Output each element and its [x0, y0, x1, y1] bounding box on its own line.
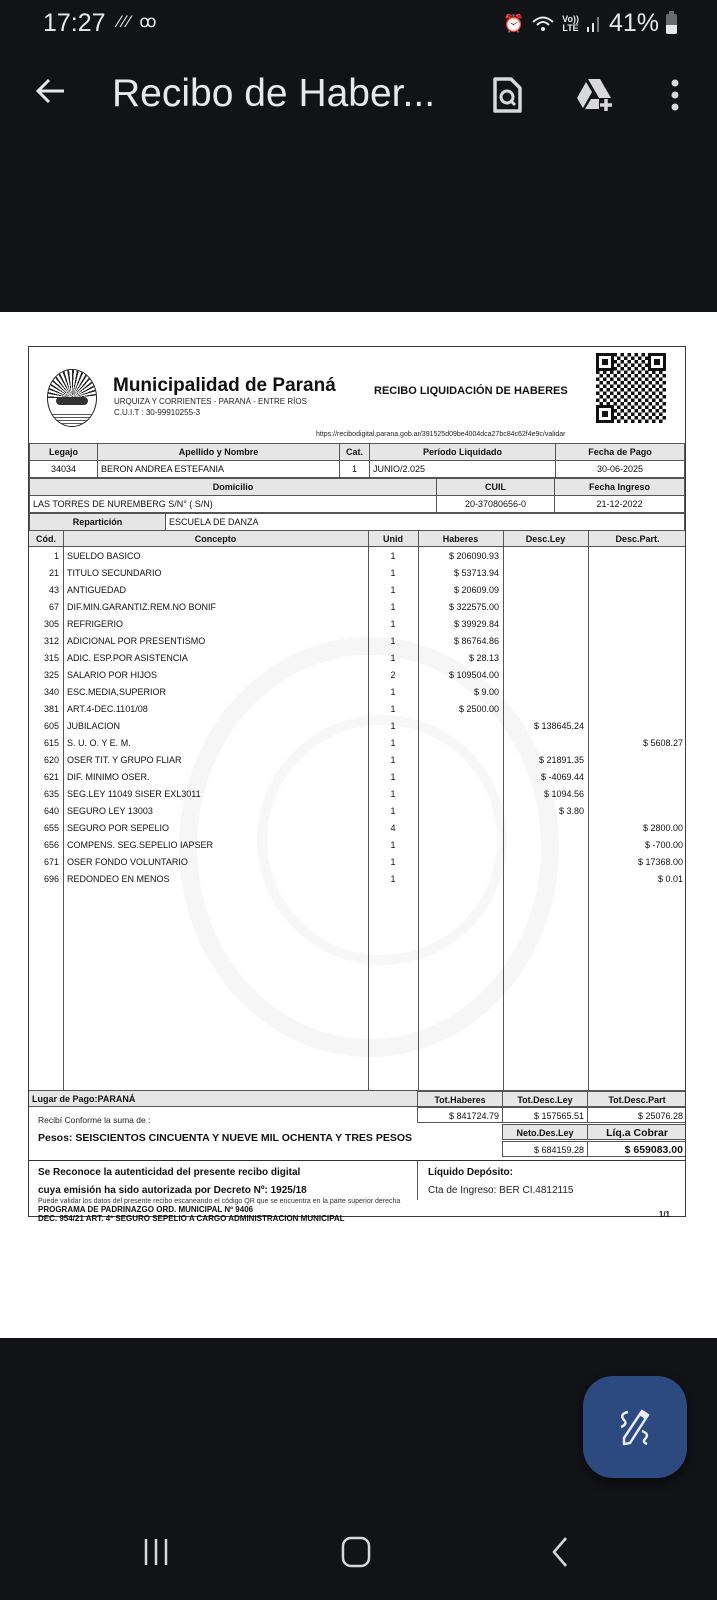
cell-desc-ley [507, 599, 584, 616]
cell-concepto: ADIC. ESP.POR ASISTENCIA [67, 650, 364, 667]
cell-desc-ley: $ 138645.24 [507, 718, 584, 735]
tot-desc-ley-label: Tot.Desc.Ley [502, 1091, 588, 1107]
recibi-text: Recibí Conforme la suma de : [38, 1115, 150, 1125]
cell-desc-ley: $ 1094.56 [507, 786, 584, 803]
table-row: 325SALARIO POR HIJOS2$ 109504.00 [29, 667, 685, 684]
cell-unid: 1 [372, 582, 414, 599]
voicemail-icon: ꝏ [139, 12, 158, 31]
header-legajo: Legajo [30, 444, 98, 461]
cell-desc-part [592, 650, 683, 667]
wifi-icon [531, 14, 555, 34]
document-header: Municipalidad de Paraná URQUIZA Y CORRIE… [29, 347, 685, 443]
cell-desc-ley [507, 820, 584, 837]
cell-haberes [422, 837, 499, 854]
cell-desc-part: $ 17368.00 [592, 854, 683, 871]
employee-table: Legajo Apellido y Nombre Cat. Período Li… [29, 443, 685, 478]
cell-desc-ley [507, 650, 584, 667]
cell-concepto: SEGURO LEY 13003 [67, 803, 364, 820]
cell-haberes [422, 871, 499, 888]
more-options-button[interactable] [652, 72, 698, 118]
tot-desc-part-label: Tot.Desc.Part [587, 1091, 686, 1107]
cell-unid: 1 [372, 565, 414, 582]
header-cuil: CUIL [437, 479, 555, 496]
org-name: Municipalidad de Paraná [113, 375, 336, 397]
header-reparticion: Repartición [30, 514, 166, 531]
arrow-left-icon [34, 74, 68, 108]
table-row: 315ADIC. ESP.POR ASISTENCIA1$ 28.13 [29, 650, 685, 667]
app-bar: Recibo de Haber... [0, 60, 717, 132]
cell-cod: 381 [33, 701, 59, 718]
validation-note: Puede validar los datos del presente rec… [38, 1198, 678, 1205]
cell-unid: 1 [372, 752, 414, 769]
cell-concepto: OSER FONDO VOLUNTARIO [67, 854, 364, 871]
cell-desc-part [592, 752, 683, 769]
fecha-pago-value: 30-06-2025 [556, 461, 685, 478]
cell-cod: 340 [33, 684, 59, 701]
cell-haberes [422, 735, 499, 752]
cell-concepto: ART.4-DEC.1101/08 [67, 701, 364, 718]
column-header-desc-ley: Desc.Ley [503, 531, 588, 547]
authenticity-section: Se Reconoce la autenticidad del presente… [29, 1160, 685, 1200]
more-vertical-icon [670, 78, 680, 112]
cell-desc-part [592, 803, 683, 820]
table-row: 671OSER FONDO VOLUNTARIO1$ 17368.00 [29, 854, 685, 871]
tot-desc-part-value: $ 25076.28 [587, 1107, 686, 1123]
cell-concepto: DIF. MINIMO OSER. [67, 769, 364, 786]
column-header-concepto: Concepto [63, 531, 368, 547]
cell-unid: 1 [372, 871, 414, 888]
header-fecha-pago: Fecha de Pago [556, 444, 685, 461]
table-row: 696REDONDEO EN MENOS1$ 0.01 [29, 871, 685, 888]
cell-haberes [422, 718, 499, 735]
table-row: 340ESC.MEDIA,SUPERIOR1$ 9.00 [29, 684, 685, 701]
cell-desc-ley [507, 565, 584, 582]
header-periodo: Período Liquidado [370, 444, 556, 461]
cell-cod: 315 [33, 650, 59, 667]
document-title: Recibo de Haber... [112, 72, 435, 116]
liq-cobrar-label: Líq.a Cobrar [587, 1124, 686, 1140]
cell-desc-ley [507, 684, 584, 701]
cell-desc-ley [507, 616, 584, 633]
table-row: 640SEGURO LEY 130031$ 3.80 [29, 803, 685, 820]
tot-desc-ley-value: $ 157565.51 [502, 1107, 588, 1123]
reparticion-value: ESCUELA DE DANZA [166, 514, 685, 531]
cell-desc-part [592, 667, 683, 684]
cell-cod: 656 [33, 837, 59, 854]
nav-back-button[interactable] [538, 1532, 582, 1572]
system-nav-bar [0, 1520, 717, 1590]
tot-haberes-value: $ 841724.79 [417, 1107, 503, 1123]
home-button[interactable] [334, 1532, 378, 1572]
column-header-desc-part: Desc.Part. [588, 531, 686, 547]
pdf-page-view[interactable]: Municipalidad de Paraná URQUIZA Y CORRIE… [0, 312, 717, 1338]
header-nombre: Apellido y Nombre [98, 444, 340, 461]
cell-concepto: TITULO SECUNDARIO [67, 565, 364, 582]
cell-unid: 1 [372, 786, 414, 803]
column-header-unid: Unid [368, 531, 418, 547]
header-fecha-ingreso: Fecha Ingreso [555, 479, 685, 496]
cell-haberes [422, 786, 499, 803]
cell-haberes [422, 769, 499, 786]
cell-concepto: S. U. O. Y E. M. [67, 735, 364, 752]
cell-desc-part: $ 0.01 [592, 871, 683, 888]
domicilio-value: LAS TORRES DE NUREMBERG S/N° ( S/N) [30, 496, 437, 513]
cell-desc-ley: $ 21891.35 [507, 752, 584, 769]
cell-desc-part [592, 616, 683, 633]
decreto-note: DEC. 954/21 ART. 4º SEGURO SEPELIO A CAR… [38, 1214, 678, 1223]
payslip-document: Municipalidad de Paraná URQUIZA Y CORRIE… [28, 346, 686, 1217]
column-header-cod: Cód. [29, 531, 63, 547]
add-to-drive-button[interactable] [572, 72, 618, 118]
cell-cod: 671 [33, 854, 59, 871]
cell-cod: 21 [33, 565, 59, 582]
cell-haberes: $ 109504.00 [422, 667, 499, 684]
cell-unid: 1 [372, 548, 414, 565]
nombre-value: BERON ANDREA ESTEFANIA [98, 461, 340, 478]
cell-cod: 1 [33, 548, 59, 565]
cell-cod: 615 [33, 735, 59, 752]
validation-url[interactable]: https://recibodigital.parana.gob.ar/3915… [316, 431, 565, 438]
qr-code [596, 353, 666, 423]
table-row: 620OSER TIT. Y GRUPO FLIAR1$ 21891.35 [29, 752, 685, 769]
municipal-seal-logo [47, 369, 97, 427]
cell-desc-ley: $ -4069.44 [507, 769, 584, 786]
liq-cobrar-value: $ 659083.00 [587, 1141, 686, 1157]
table-row: 1SUELDO BASICO1$ 206090.93 [29, 548, 685, 565]
table-row: 67DIF.MIN.GARANTIZ.REM.NO BONIF1$ 322575… [29, 599, 685, 616]
cell-unid: 1 [372, 837, 414, 854]
cell-desc-ley [507, 701, 584, 718]
cell-concepto: JUBILACION [67, 718, 364, 735]
auth-line-2: cuya emisión ha sido autorizada por Decr… [38, 1185, 307, 1196]
cell-desc-part: $ 2800.00 [592, 820, 683, 837]
tot-haberes-label: Tot.Haberes [417, 1091, 503, 1107]
cuenta-ingreso: Cta de Ingreso: BER CI.4812115 [428, 1185, 573, 1196]
cell-concepto: REDONDEO EN MENOS [67, 871, 364, 888]
cell-unid: 1 [372, 684, 414, 701]
cell-cod: 305 [33, 616, 59, 633]
cell-desc-part: $ -700.00 [592, 837, 683, 854]
cell-unid: 1 [372, 854, 414, 871]
cell-haberes [422, 803, 499, 820]
totals-section: Lugar de Pago:PARANÁ Tot.Haberes Tot.Des… [29, 1090, 685, 1160]
cell-haberes: $ 39929.84 [422, 616, 499, 633]
cell-desc-part [592, 684, 683, 701]
periodo-value: JUNIO/2.025 [370, 461, 556, 478]
table-row: 605JUBILACION1$ 138645.24 [29, 718, 685, 735]
signal-icon [586, 15, 602, 33]
cell-desc-part [592, 582, 683, 599]
recent-apps-icon [141, 1537, 171, 1567]
cell-haberes: $ 9.00 [422, 684, 499, 701]
cell-haberes [422, 752, 499, 769]
annotate-fab-button[interactable] [583, 1376, 687, 1478]
chevron-left-icon [550, 1536, 570, 1568]
cell-haberes: $ 2500.00 [422, 701, 499, 718]
cell-unid: 1 [372, 769, 414, 786]
cell-unid: 1 [372, 633, 414, 650]
cell-cod: 312 [33, 633, 59, 650]
find-in-document-button[interactable] [484, 72, 530, 118]
table-row: 312ADICIONAL POR PRESENTISMO1$ 86764.86 [29, 633, 685, 650]
cell-desc-part [592, 701, 683, 718]
status-bar: 17:27 ⁄⁄⁄ ꝏ ⏰ Vo))LTE 41% [0, 0, 717, 50]
cell-concepto: SUELDO BASICO [67, 548, 364, 565]
drive-add-icon [575, 77, 615, 113]
cat-value: 1 [340, 461, 370, 478]
cell-haberes: $ 53713.94 [422, 565, 499, 582]
cell-haberes: $ 20609.09 [422, 582, 499, 599]
header-cat: Cat. [340, 444, 370, 461]
cell-cod: 640 [33, 803, 59, 820]
cell-desc-ley [507, 871, 584, 888]
cell-desc-part [592, 633, 683, 650]
cell-desc-part [592, 718, 683, 735]
header-domicilio: Domicilio [30, 479, 437, 496]
annotate-pen-icon [616, 1407, 654, 1447]
auth-line-1: Se Reconoce la autenticidad del presente… [38, 1167, 300, 1178]
cell-unid: 1 [372, 718, 414, 735]
cell-unid: 1 [372, 803, 414, 820]
cell-concepto: SEGURO POR SEPELIO [67, 820, 364, 837]
cell-unid: 1 [372, 701, 414, 718]
neto-label: Neto.Des.Ley [502, 1124, 588, 1140]
deposito-label: Líquido Depósito: [428, 1167, 513, 1178]
cell-desc-part [592, 769, 683, 786]
recent-apps-button[interactable] [134, 1532, 178, 1572]
table-row: 621DIF. MINIMO OSER.1$ -4069.44 [29, 769, 685, 786]
table-row: 615S. U. O. Y E. M.1$ 5608.27 [29, 735, 685, 752]
cell-desc-ley: $ 3.80 [507, 803, 584, 820]
cell-desc-part [592, 599, 683, 616]
cell-concepto: REFRIGERIO [67, 616, 364, 633]
cell-concepto: ADICIONAL POR PRESENTISMO [67, 633, 364, 650]
cell-desc-part: $ 5608.27 [592, 735, 683, 752]
table-row: 635SEG.LEY 11049 SISER EXL30111$ 1094.56 [29, 786, 685, 803]
cell-haberes: $ 28.13 [422, 650, 499, 667]
clock: 17:27 [43, 9, 106, 38]
fecha-ingreso-value: 21-12-2022 [555, 496, 685, 513]
cell-unid: 1 [372, 599, 414, 616]
cell-haberes [422, 854, 499, 871]
cell-cod: 696 [33, 871, 59, 888]
cuil-value: 20-37080656-0 [437, 496, 555, 513]
home-icon [341, 1536, 371, 1568]
back-button[interactable] [34, 74, 74, 114]
file-search-icon [490, 76, 524, 114]
concepts-header-row: Cód.ConceptoUnidHaberesDesc.LeyDesc.Part… [29, 531, 685, 547]
cell-desc-ley [507, 735, 584, 752]
amount-in-words: Pesos: SEISCIENTOS CINCUENTA Y NUEVE MIL… [38, 1132, 412, 1144]
cell-cod: 655 [33, 820, 59, 837]
neto-value: $ 684159.28 [502, 1141, 588, 1157]
cell-desc-part [592, 565, 683, 582]
org-cuit: C.U.I.T : 30-99910255-3 [114, 408, 200, 417]
cell-haberes: $ 206090.93 [422, 548, 499, 565]
legajo-value: 34034 [30, 461, 98, 478]
cell-concepto: COMPENS. SEG.SEPELIO IAPSER [67, 837, 364, 854]
alarm-icon: ⏰ [503, 14, 524, 34]
cell-concepto: DIF.MIN.GARANTIZ.REM.NO BONIF [67, 599, 364, 616]
cell-desc-ley [507, 854, 584, 871]
table-row: 305REFRIGERIO1$ 39929.84 [29, 616, 685, 633]
org-address: URQUIZA Y CORRIENTES - PARANÁ - ENTRE RÍ… [114, 397, 307, 406]
cell-cod: 620 [33, 752, 59, 769]
cell-cod: 325 [33, 667, 59, 684]
cell-cod: 67 [33, 599, 59, 616]
column-header-haberes: Haberes [418, 531, 503, 547]
cell-unid: 2 [372, 667, 414, 684]
table-row: 656COMPENS. SEG.SEPELIO IAPSER1$ -700.00 [29, 837, 685, 854]
lugar-pago: Lugar de Pago:PARANÁ [29, 1091, 417, 1107]
notification-icons: ⁄⁄⁄ ꝏ [118, 12, 159, 32]
cell-desc-ley [507, 837, 584, 854]
table-row: 21TITULO SECUNDARIO1$ 53713.94 [29, 565, 685, 582]
cell-desc-ley [507, 633, 584, 650]
battery-percent: 41% [609, 9, 659, 38]
reparticion-table: Repartición ESCUELA DE DANZA [29, 513, 685, 531]
cell-cod: 43 [33, 582, 59, 599]
document-footer: Puede validar los datos del presente rec… [38, 1198, 678, 1223]
cell-cod: 605 [33, 718, 59, 735]
cell-haberes [422, 820, 499, 837]
cell-desc-ley [507, 582, 584, 599]
cell-desc-ley [507, 548, 584, 565]
cell-concepto: SEG.LEY 11049 SISER EXL3011 [67, 786, 364, 803]
hash-signal-icon: ⁄⁄⁄ [118, 12, 133, 31]
programa-note: PROGRAMA DE PADRINAZGO ORD. MUNICIPAL Nº… [38, 1205, 678, 1214]
cell-concepto: ESC.MEDIA,SUPERIOR [67, 684, 364, 701]
battery-icon [666, 14, 677, 34]
concepts-table: Cód.ConceptoUnidHaberesDesc.LeyDesc.Part… [29, 531, 685, 1090]
address-table: Domicilio CUIL Fecha Ingreso LAS TORRES … [29, 478, 685, 513]
cell-desc-part [592, 548, 683, 565]
cell-haberes: $ 86764.86 [422, 633, 499, 650]
receipt-title: RECIBO LIQUIDACIÓN DE HABERES [374, 385, 568, 397]
system-icons: ⏰ Vo))LTE 41% [503, 9, 677, 38]
cell-haberes: $ 322575.00 [422, 599, 499, 616]
cell-concepto: SALARIO POR HIJOS [67, 667, 364, 684]
cell-unid: 1 [372, 650, 414, 667]
cell-unid: 4 [372, 820, 414, 837]
cell-cod: 635 [33, 786, 59, 803]
table-row: 381ART.4-DEC.1101/081$ 2500.00 [29, 701, 685, 718]
cell-concepto: OSER TIT. Y GRUPO FLIAR [67, 752, 364, 769]
cell-unid: 1 [372, 616, 414, 633]
volte-lte-icon: Vo))LTE [562, 15, 579, 33]
cell-cod: 621 [33, 769, 59, 786]
cell-unid: 1 [372, 735, 414, 752]
table-row: 43ANTIGUEDAD1$ 20609.09 [29, 582, 685, 599]
cell-desc-ley [507, 667, 584, 684]
table-row: 655SEGURO POR SEPELIO4$ 2800.00 [29, 820, 685, 837]
cell-concepto: ANTIGUEDAD [67, 582, 364, 599]
cell-desc-part [592, 786, 683, 803]
page-number: 1/1 [659, 1210, 670, 1219]
